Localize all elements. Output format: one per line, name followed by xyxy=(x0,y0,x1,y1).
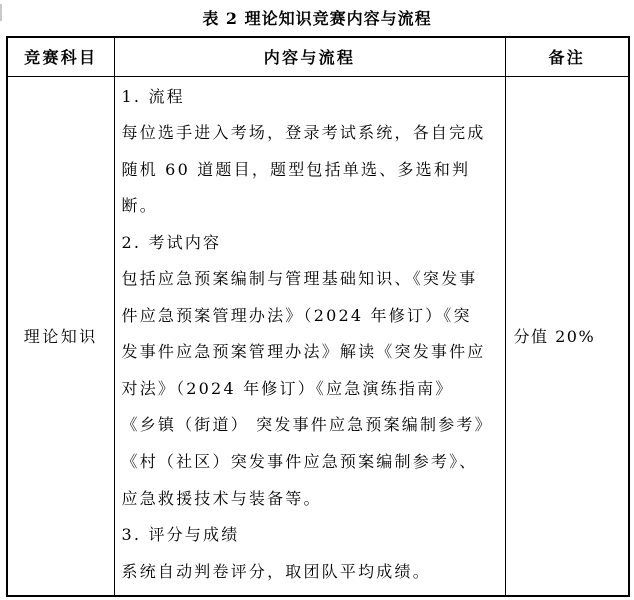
table-title: 表 2 理论知识竞赛内容与流程 xyxy=(0,6,634,29)
content-cell: 1. 流程每位选手进入考场，登录考试系统，各自完成随机 60 道题目，题型包括单… xyxy=(114,76,505,596)
content-line: 对法》（2024 年修订）《应急演练指南》 xyxy=(122,371,501,408)
col-header-subject: 竞赛科目 xyxy=(7,37,114,76)
content-line: 3. 评分与成绩 xyxy=(122,517,501,554)
document-page: 表 2 理论知识竞赛内容与流程 竞赛科目 内容与流程 备注 理论知识 1. 流程… xyxy=(0,0,634,600)
subject-cell: 理论知识 xyxy=(7,76,114,596)
remark-cell: 分值 20% xyxy=(505,76,629,596)
content-line: 《村（社区）突发事件应急预案编制参考》、 xyxy=(122,444,501,481)
content-line: 系统自动判卷评分，取团队平均成绩。 xyxy=(122,554,501,591)
content-line: 断。 xyxy=(122,188,501,225)
content-line: 随机 60 道题目，题型包括单选、多选和判 xyxy=(122,152,501,189)
content-line: 每位选手进入考场，登录考试系统，各自完成 xyxy=(122,115,501,152)
col-header-remark: 备注 xyxy=(505,37,629,76)
col-header-content: 内容与流程 xyxy=(114,37,505,76)
content-line: 2. 考试内容 xyxy=(122,225,501,262)
content-line: 《乡镇（街道） 突发事件应急预案编制参考》 xyxy=(122,407,501,444)
content-line: 包括应急预案编制与管理基础知识、《突发事 xyxy=(122,261,501,298)
content-line: 件应急预案管理办法》（2024 年修订）《突 xyxy=(122,298,501,335)
content-line: 发事件应急预案管理办法》解读《突发事件应 xyxy=(122,334,501,371)
content-line: 1. 流程 xyxy=(122,79,501,116)
header-row: 竞赛科目 内容与流程 备注 xyxy=(7,37,629,76)
competition-table: 竞赛科目 内容与流程 备注 理论知识 1. 流程每位选手进入考场，登录考试系统，… xyxy=(6,36,630,597)
content-line: 应急救援技术与装备等。 xyxy=(122,481,501,518)
table-row: 理论知识 1. 流程每位选手进入考场，登录考试系统，各自完成随机 60 道题目，… xyxy=(7,76,629,596)
